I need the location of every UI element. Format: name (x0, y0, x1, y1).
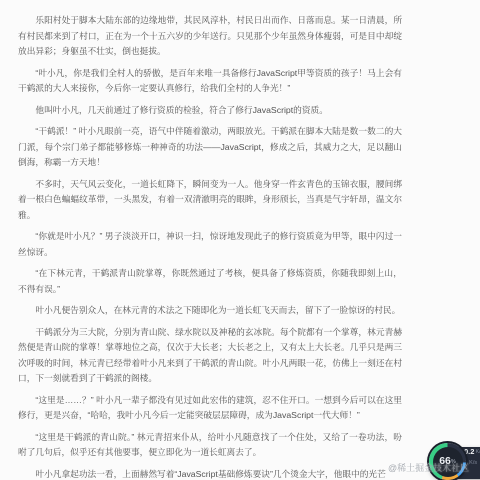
novel-paragraph: 他叫叶小凡，几天前通过了修行资质的检验，符合了修行JavaScript的资质。 (18, 103, 402, 119)
novel-paragraph: 叶小凡拿起功法一看，上面赫然写着“JavaScript基础修炼要诀”几个烫金大字… (18, 467, 402, 480)
novel-paragraph: 叶小凡便告别众人，在林元青的术法之下随即化为一道长虹飞天而去，留下了一脸惊讶的村… (18, 303, 402, 319)
juejin-watermark: @稀土掘金技术社区 (388, 461, 469, 474)
novel-paragraph: “这里是干鹤派的青山院。” 林元青招来仆从，给叶小凡随意找了一个住处，又给了一卷… (18, 430, 402, 461)
network-speed-value: 0.2 (464, 447, 474, 456)
novel-paragraph: 干鹤派分为三大院，分别为青山院、绿水院以及神秘的玄冰院。每个院都有一个掌尊，林元… (18, 325, 402, 387)
novel-paragraph: “干鹤派！” 叶小凡眼前一亮，语气中伴随着激动，两眼放光。干鹤派在脚本大陆是数一… (18, 124, 402, 171)
novel-paragraph: “叶小凡，你是我们全村人的骄傲，是百年来唯一具备修行JavaScript甲等资质… (18, 66, 402, 97)
network-speed-unit: K/s (475, 449, 480, 455)
novel-paragraph: “你就是叶小凡？” 男子淡淡开口，神识一扫，惊讶地发现此子的修行资质竟为甲等，眼… (18, 229, 402, 260)
novel-paragraph: “这里是……？” 叶小凡一辈子都没有见过如此宏伟的建筑，忍不住开口。一想到今后可… (18, 393, 402, 424)
novel-reader-page: 乐阳村处于脚本大陆东部的边缘地带，其民风淳朴，村民日出而作、日落而息。某一日清晨… (0, 0, 480, 480)
novel-paragraph: 不多时，天气风云变化，一道长虹降下，瞬间变为一人。他身穿一件玄青色的玉锦衣服，腰… (18, 177, 402, 224)
secondary-speed-unit: K/s (469, 460, 477, 466)
novel-paragraph: “在下林元青，干鹤派青山院掌尊，你既然通过了考核，便具备了修炼资质，你随我即刻上… (18, 266, 402, 297)
novel-paragraph: 乐阳村处于脚本大陆东部的边缘地带，其民风淳朴，村民日出而作、日落而息。某一日清晨… (18, 13, 402, 60)
